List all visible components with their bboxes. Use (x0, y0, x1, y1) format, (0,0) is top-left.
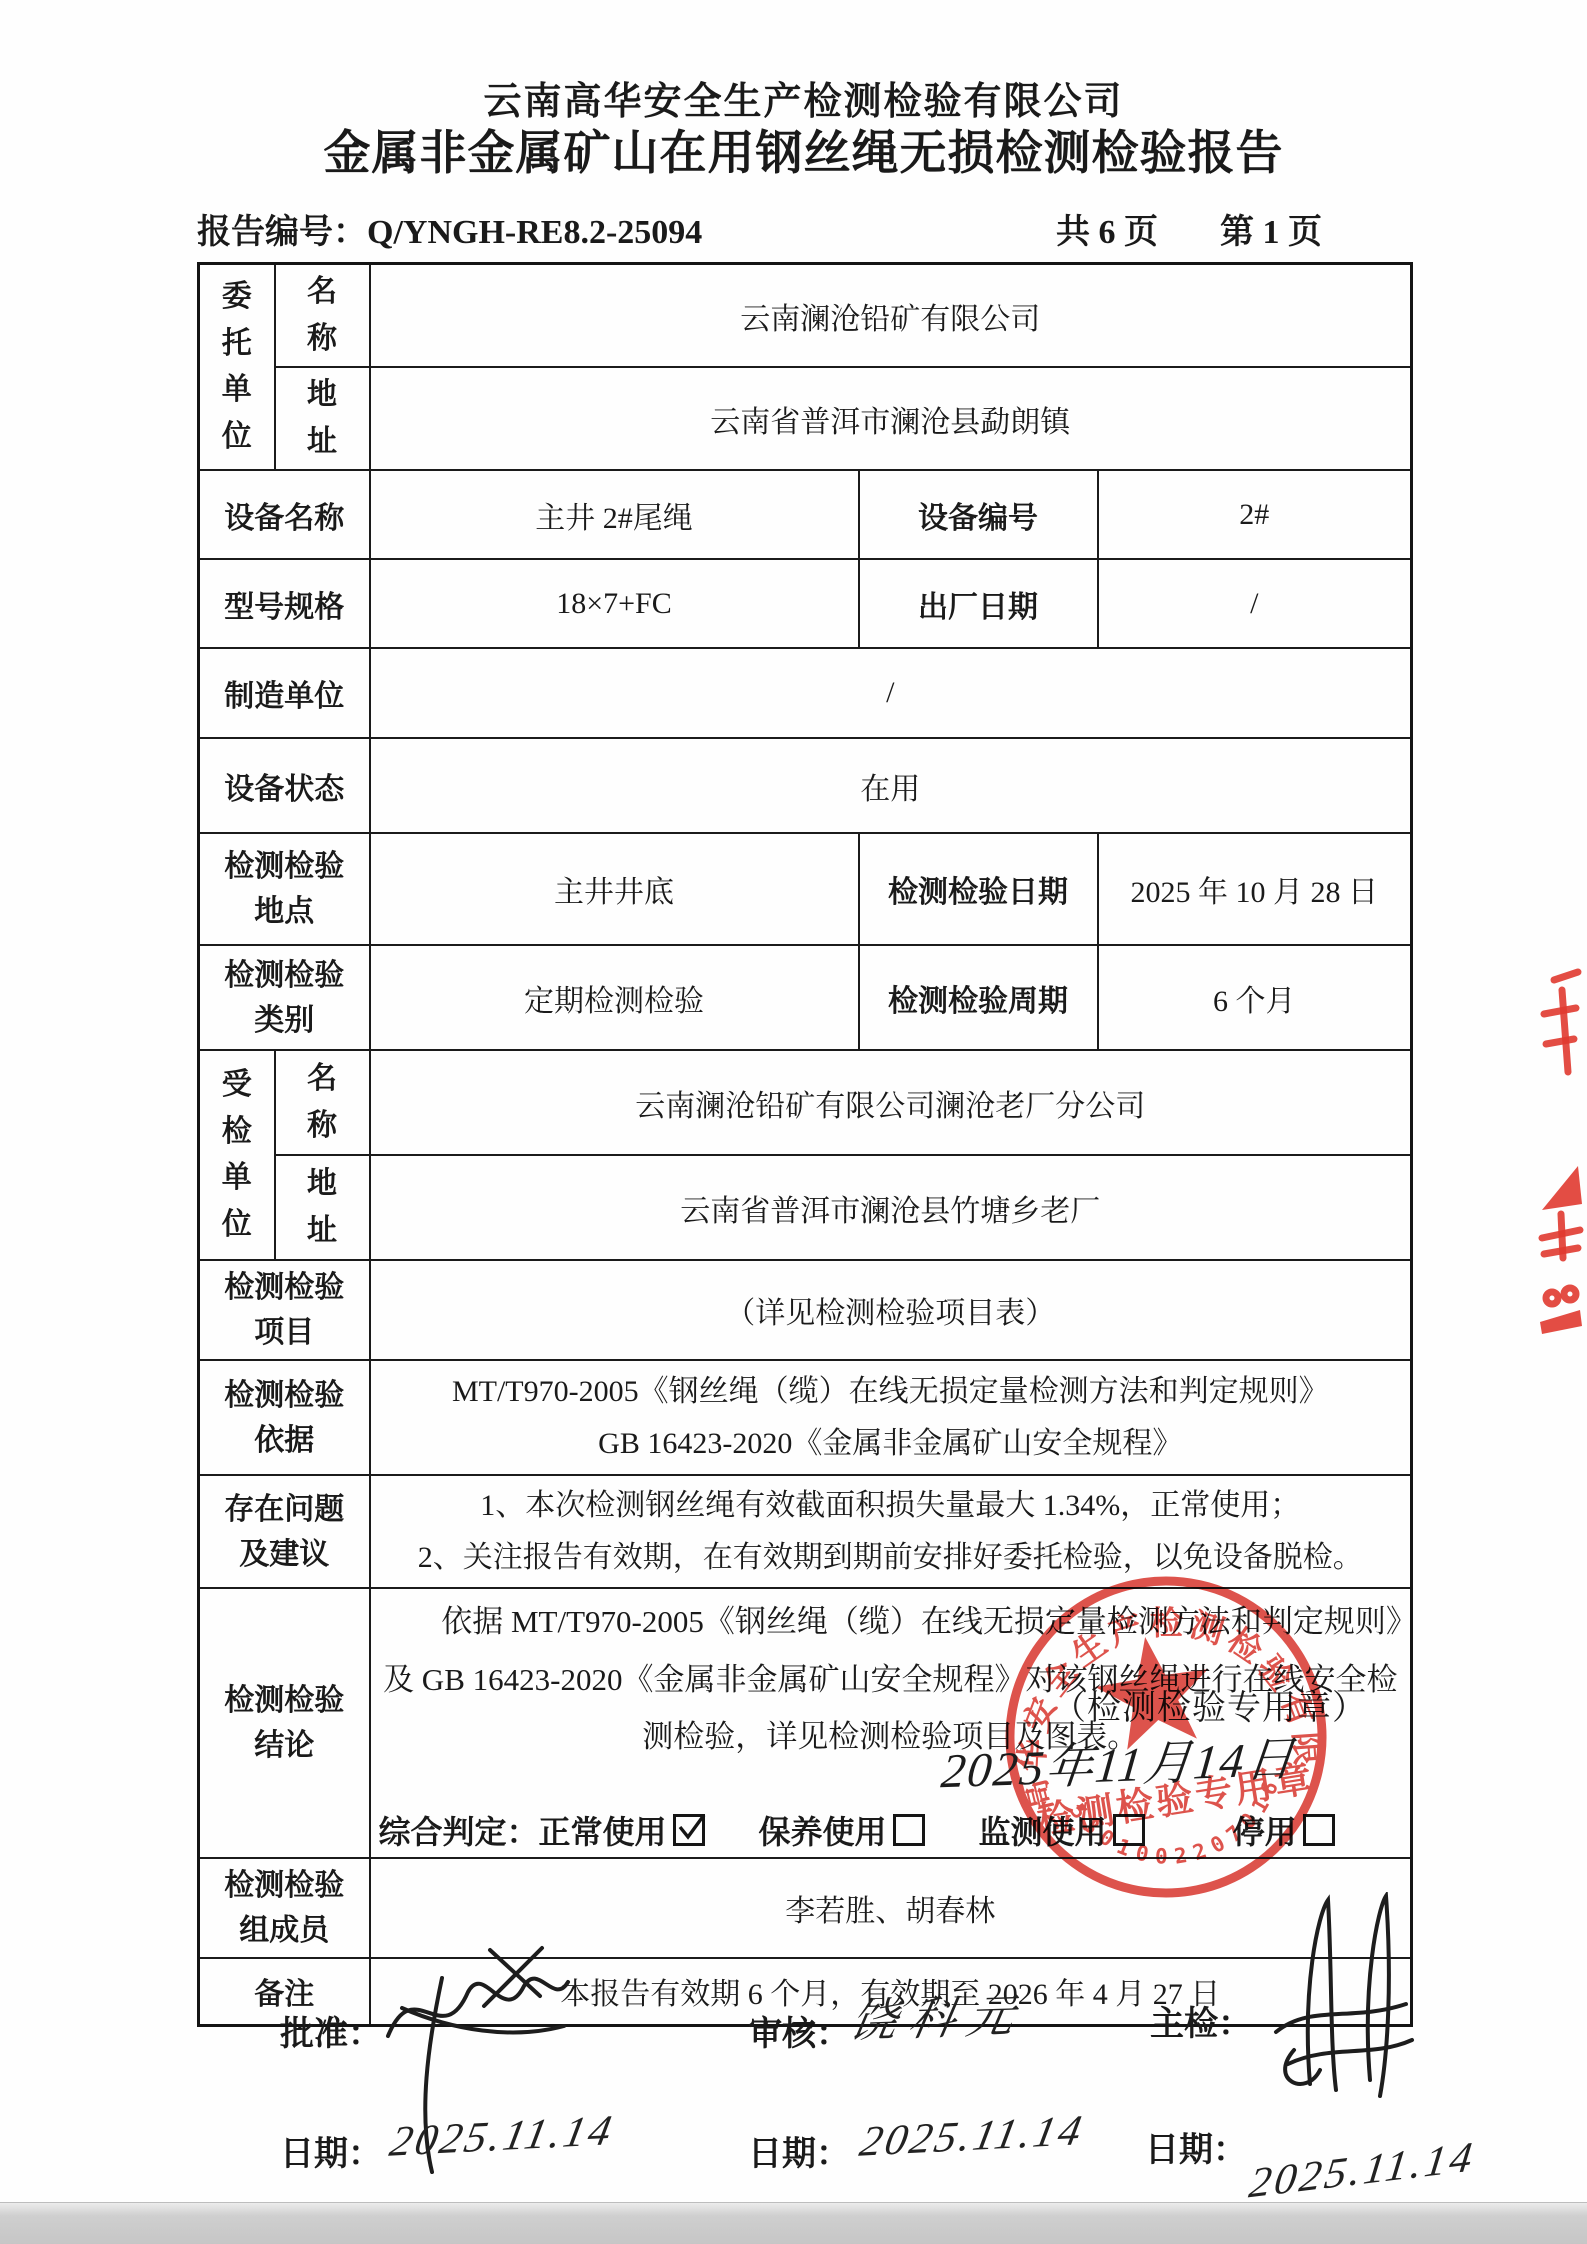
inspection-date-label: 检测检验日期 (859, 833, 1098, 945)
device-name-label: 设备名称 (199, 470, 370, 559)
items-value: （详见检测检验项目表） (370, 1260, 1412, 1360)
report-no-value: Q/YNGH-RE8.2-25094 (367, 214, 702, 251)
manufacturer-label: 制造单位 (199, 648, 370, 738)
factory-date-label: 出厂日期 (859, 559, 1098, 648)
client-name-value: 云南澜沧铅矿有限公司 (370, 264, 1412, 368)
cycle-label: 检测检验周期 (859, 945, 1098, 1050)
approve-date-label: 日期： (280, 2126, 382, 2175)
checkbox-normal-use (673, 1814, 705, 1846)
client-addr-value: 云南省普洱市澜沧县勐朗镇 (370, 367, 1412, 470)
model-label: 型号规格 (199, 559, 370, 648)
inspected-name-label: 名称 (275, 1050, 370, 1155)
checkbox-maintain-use (893, 1814, 925, 1846)
client-group-label: 委托单位 (199, 264, 275, 471)
review-date-value: 2025.11.14 (856, 2106, 1089, 2166)
report-number-line: 报告编号：Q/YNGH-RE8.2-25094 共 6 页 第 1 页 (197, 204, 1410, 253)
report-title: 金属非金属矿山在用钢丝绳无损检测检验报告 (197, 116, 1410, 183)
review-label: 审核： (748, 2006, 850, 2055)
manufacturer-value: / (370, 648, 1412, 738)
basis-line-2: GB 16423-2020《金属非金属矿山安全规程》 (379, 1418, 1403, 1470)
verdict-option-maintain: 保养使用 (759, 1807, 925, 1853)
scan-edge-strip (0, 2202, 1587, 2244)
inspected-name-value: 云南澜沧铅矿有限公司澜沧老厂分公司 (370, 1050, 1412, 1155)
basis-label: 检测检验依据 (199, 1360, 370, 1475)
client-addr-label: 地址 (275, 367, 370, 470)
check-mark-icon (674, 1811, 708, 1845)
issues-label: 存在问题及建议 (199, 1475, 370, 1588)
location-label: 检测检验地点 (199, 833, 370, 945)
scanned-report-page: 云南高华安全生产检测检验有限公司 金属非金属矿山在用钢丝绳无损检测检验报告 报告… (0, 0, 1587, 2244)
model-value: 18×7+FC (370, 559, 859, 648)
inspected-addr-label: 地址 (275, 1155, 370, 1260)
chief-signature (1248, 1892, 1438, 2102)
review-date-label: 日期： (748, 2126, 850, 2175)
team-label: 检测检验组成员 (199, 1858, 370, 1958)
conclusion-label: 检测检验结论 (199, 1588, 370, 1858)
cycle-value: 6 个月 (1098, 945, 1412, 1050)
factory-date-value: / (1098, 559, 1412, 648)
current-page: 第 1 页 (1220, 204, 1322, 253)
chief-date-value: 2025.11.14 (1246, 2133, 1478, 2208)
page-edge-red-fragments (1524, 952, 1587, 1362)
inspected-group-label: 受检单位 (199, 1050, 275, 1260)
chief-label: 主检： (1150, 1996, 1252, 2045)
location-value: 主井井底 (370, 833, 859, 945)
status-label: 设备状态 (199, 738, 370, 833)
verdict-option-normal: 正常使用 (539, 1807, 705, 1853)
device-no-label: 设备编号 (859, 470, 1098, 559)
verdict-label: 综合判定： (379, 1807, 539, 1853)
basis-value: MT/T970-2005《钢丝绳（缆）在线无损定量检测方法和判定规则》 GB 1… (370, 1360, 1412, 1475)
inspection-type-label: 检测检验类别 (199, 945, 370, 1050)
report-no-label: 报告编号： (197, 214, 367, 251)
inspected-addr-value: 云南省普洱市澜沧县竹塘乡老厂 (370, 1155, 1412, 1260)
issue-line-1: 1、本次检测钢丝绳有效截面积损失量最大 1.34%，正常使用； (379, 1480, 1403, 1532)
chief-date-label: 日期： (1145, 2122, 1247, 2171)
status-value: 在用 (370, 738, 1412, 833)
device-name-value: 主井 2#尾绳 (370, 470, 859, 559)
approve-label: 批准： (280, 2006, 382, 2055)
review-signature-name: 饶科元 (846, 1979, 1033, 2051)
basis-line-1: MT/T970-2005《钢丝绳（缆）在线无损定量检测方法和判定规则》 (379, 1366, 1403, 1418)
client-name-label: 名称 (275, 264, 370, 368)
inspection-type-value: 定期检测检验 (370, 945, 859, 1050)
items-label: 检测检验项目 (199, 1260, 370, 1360)
device-no-value: 2# (1098, 470, 1412, 559)
inspection-date-value: 2025 年 10 月 28 日 (1098, 833, 1412, 945)
total-pages: 共 6 页 (1056, 204, 1158, 253)
seal-handwritten-date: 2025年11月14日 (938, 1720, 1300, 1802)
